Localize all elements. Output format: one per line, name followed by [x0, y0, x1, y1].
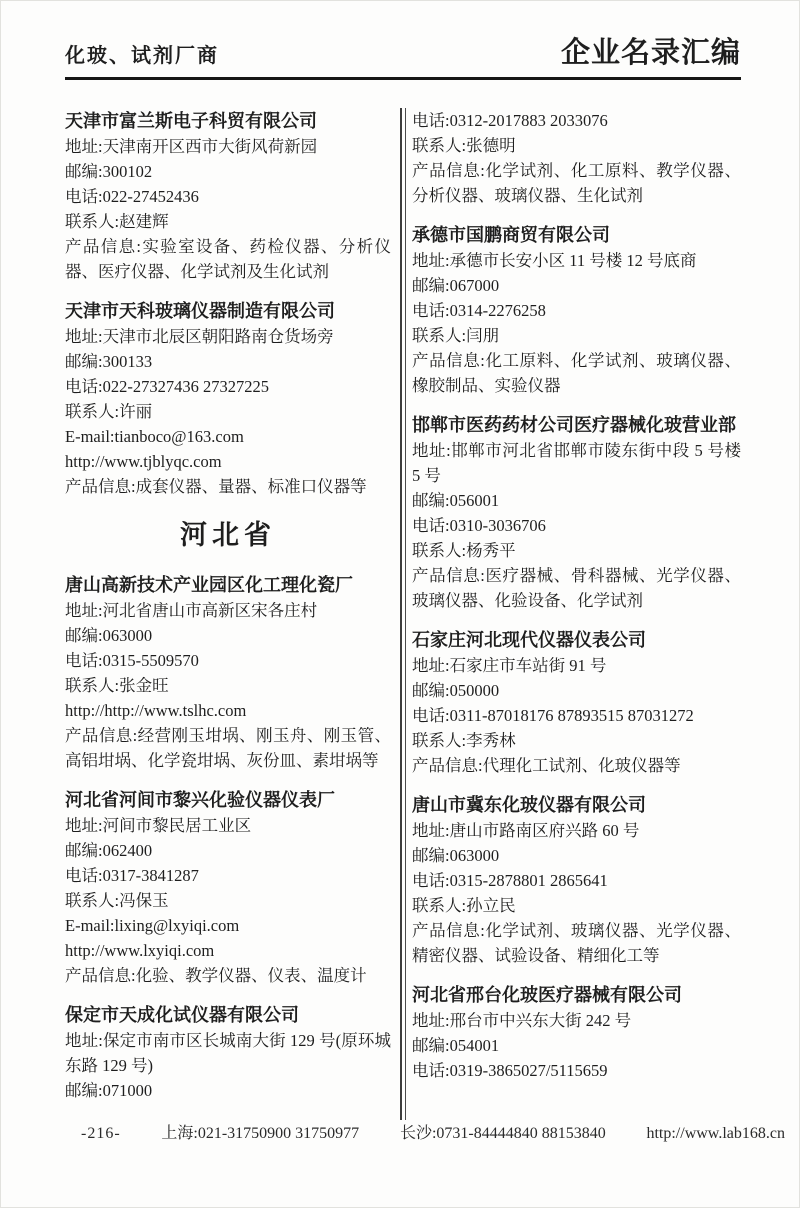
company-name: 唐山高新技术产业园区化工理化瓷厂 — [65, 572, 391, 598]
directory-content: 天津市富兰斯电子科贸有限公司地址:天津南开区西市大街风荷新园邮编:300102电… — [65, 108, 741, 1120]
entry-detail-line: 电话:0311-87018176 87893515 87031272 — [412, 703, 741, 728]
entry-detail-line: 电话:022-27452436 — [65, 184, 391, 209]
entry-detail-line: http://http://www.tslhc.com — [65, 698, 391, 723]
entry-detail-line: 邮编:063000 — [412, 843, 741, 868]
entry-detail-line: 地址:承德市长安小区 11 号楼 12 号底商 — [412, 248, 741, 273]
entry-detail-line: 电话:0315-2878801 2865641 — [412, 868, 741, 893]
company-name: 保定市天成化试仪器有限公司 — [65, 1002, 391, 1028]
page-number: -216- — [81, 1125, 121, 1143]
entry-detail-line: 邮编:300102 — [65, 159, 391, 184]
company-name: 天津市富兰斯电子科贸有限公司 — [65, 108, 391, 134]
entry-detail-line: 联系人:冯保玉 — [65, 888, 391, 913]
entry-detail-line: http://www.lxyiqi.com — [65, 938, 391, 963]
company-entry: 承德市国鹏商贸有限公司地址:承德市长安小区 11 号楼 12 号底商邮编:067… — [412, 222, 741, 398]
entry-detail-line: 电话:0310-3036706 — [412, 513, 741, 538]
entry-detail-line: 地址:邢台市中兴东大街 242 号 — [412, 1008, 741, 1033]
footer-shanghai-contact: 上海:021-31750900 31750977 — [161, 1120, 359, 1143]
entry-detail-line: 联系人:杨秀平 — [412, 538, 741, 563]
entry-detail-line: 邮编:300133 — [65, 349, 391, 374]
entry-detail-line: 联系人:张金旺 — [65, 673, 391, 698]
entry-detail-line: 地址:河间市黎民居工业区 — [65, 813, 391, 838]
company-name: 邯郸市医药药材公司医疗器械化玻营业部 — [412, 412, 741, 438]
company-name: 河北省邢台化玻医疗器械有限公司 — [412, 982, 741, 1008]
entry-detail-line: 地址:天津南开区西市大街风荷新园 — [65, 134, 391, 159]
entry-detail-line: 地址:河北省唐山市高新区宋各庄村 — [65, 598, 391, 623]
company-entry: 天津市富兰斯电子科贸有限公司地址:天津南开区西市大街风荷新园邮编:300102电… — [65, 108, 391, 284]
directory-page: 化玻、试剂厂商 企业名录汇编 天津市富兰斯电子科贸有限公司地址:天津南开区西市大… — [0, 0, 800, 1208]
entry-detail-line: 邮编:071000 — [65, 1078, 391, 1103]
header-category-title: 化玻、试剂厂商 — [65, 39, 219, 68]
company-name: 承德市国鹏商贸有限公司 — [412, 222, 741, 248]
entry-detail-line: 地址:唐山市路南区府兴路 60 号 — [412, 818, 741, 843]
company-name: 唐山市冀东化玻仪器有限公司 — [412, 792, 741, 818]
entry-detail-line: 电话:022-27327436 27327225 — [65, 374, 391, 399]
page-footer: -216- 上海:021-31750900 31750977 长沙:0731-8… — [81, 1120, 785, 1143]
entry-detail-line: 地址:保定市南市区长城南大街 129 号(原环城东路 129 号) — [65, 1028, 391, 1078]
footer-changsha-contact: 长沙:0731-84444840 88153840 — [400, 1120, 606, 1143]
company-name: 石家庄河北现代仪器仪表公司 — [412, 627, 741, 653]
entry-detail-line: E-mail:tianboco@163.com — [65, 424, 391, 449]
company-entry: 保定市天成化试仪器有限公司地址:保定市南市区长城南大街 129 号(原环城东路 … — [65, 1002, 391, 1103]
province-section-title: 河北省 — [65, 513, 391, 552]
entry-detail-line: 产品信息:化学试剂、化工原料、教学仪器、分析仪器、玻璃仪器、生化试剂 — [412, 158, 741, 208]
entry-detail-line: 电话:0317-3841287 — [65, 863, 391, 888]
entry-detail-line: 产品信息:医疗器械、骨科器械、光学仪器、玻璃仪器、化验设备、化学试剂 — [412, 563, 741, 613]
company-entry: 天津市天科玻璃仪器制造有限公司地址:天津市北辰区朝阳路南仓货场旁邮编:30013… — [65, 298, 391, 499]
company-entry-continued: 电话:0312-2017883 2033076联系人:张德明产品信息:化学试剂、… — [412, 108, 741, 208]
company-entry: 唐山市冀东化玻仪器有限公司地址:唐山市路南区府兴路 60 号邮编:063000电… — [412, 792, 741, 968]
entry-detail-line: http://www.tjblyqc.com — [65, 449, 391, 474]
column-divider-rule — [400, 108, 406, 1120]
entry-detail-line: 邮编:054001 — [412, 1033, 741, 1058]
entry-detail-line: 联系人:许丽 — [65, 399, 391, 424]
entry-detail-line: 地址:石家庄市车站街 91 号 — [412, 653, 741, 678]
entry-detail-line: E-mail:lixing@lxyiqi.com — [65, 913, 391, 938]
header-book-title: 企业名录汇编 — [561, 39, 741, 68]
entry-detail-line: 地址:天津市北辰区朝阳路南仓货场旁 — [65, 324, 391, 349]
entry-detail-line: 地址:邯郸市河北省邯郸市陵东街中段 5 号楼 5 号 — [412, 438, 741, 488]
entry-detail-line: 邮编:063000 — [65, 623, 391, 648]
entry-detail-line: 邮编:050000 — [412, 678, 741, 703]
entry-detail-line: 产品信息:化学试剂、玻璃仪器、光学仪器、精密仪器、试验设备、精细化工等 — [412, 918, 741, 968]
entry-detail-line: 电话:0312-2017883 2033076 — [412, 108, 741, 133]
entry-detail-line: 电话:0314-2276258 — [412, 298, 741, 323]
entry-detail-line: 产品信息:化验、教学仪器、仪表、温度计 — [65, 963, 391, 988]
company-name: 天津市天科玻璃仪器制造有限公司 — [65, 298, 391, 324]
entry-detail-line: 产品信息:经营刚玉坩埚、刚玉舟、刚玉管、高铝坩埚、化学瓷坩埚、灰份皿、素坩埚等 — [65, 723, 391, 773]
entry-detail-line: 联系人:赵建辉 — [65, 209, 391, 234]
entry-detail-line: 联系人:李秀林 — [412, 728, 741, 753]
footer-website: http://www.lab168.cn — [646, 1125, 785, 1143]
company-name: 河北省河间市黎兴化验仪器仪表厂 — [65, 787, 391, 813]
entry-detail-line: 邮编:067000 — [412, 273, 741, 298]
entry-detail-line: 邮编:062400 — [65, 838, 391, 863]
company-entry: 河北省邢台化玻医疗器械有限公司地址:邢台市中兴东大街 242 号邮编:05400… — [412, 982, 741, 1083]
directory-right-column: 电话:0312-2017883 2033076联系人:张德明产品信息:化学试剂、… — [412, 108, 741, 1120]
entry-detail-line: 电话:0315-5509570 — [65, 648, 391, 673]
entry-detail-line: 产品信息:化工原料、化学试剂、玻璃仪器、橡胶制品、实验仪器 — [412, 348, 741, 398]
company-entry: 河北省河间市黎兴化验仪器仪表厂地址:河间市黎民居工业区邮编:062400电话:0… — [65, 787, 391, 988]
entry-detail-line: 联系人:孙立民 — [412, 893, 741, 918]
page-header: 化玻、试剂厂商 企业名录汇编 — [65, 39, 741, 80]
entry-detail-line: 产品信息:成套仪器、量器、标准口仪器等 — [65, 474, 391, 499]
entry-detail-line: 电话:0319-3865027/5115659 — [412, 1058, 741, 1083]
entry-detail-line: 邮编:056001 — [412, 488, 741, 513]
directory-left-column: 天津市富兰斯电子科贸有限公司地址:天津南开区西市大街风荷新园邮编:300102电… — [65, 108, 391, 1120]
company-entry: 唐山高新技术产业园区化工理化瓷厂地址:河北省唐山市高新区宋各庄村邮编:06300… — [65, 572, 391, 773]
company-entry: 邯郸市医药药材公司医疗器械化玻营业部地址:邯郸市河北省邯郸市陵东街中段 5 号楼… — [412, 412, 741, 613]
company-entry: 石家庄河北现代仪器仪表公司地址:石家庄市车站街 91 号邮编:050000电话:… — [412, 627, 741, 778]
entry-detail-line: 联系人:张德明 — [412, 133, 741, 158]
entry-detail-line: 联系人:闫朋 — [412, 323, 741, 348]
entry-detail-line: 产品信息:代理化工试剂、化玻仪器等 — [412, 753, 741, 778]
entry-detail-line: 产品信息:实验室设备、药检仪器、分析仪器、医疗仪器、化学试剂及生化试剂 — [65, 234, 391, 284]
